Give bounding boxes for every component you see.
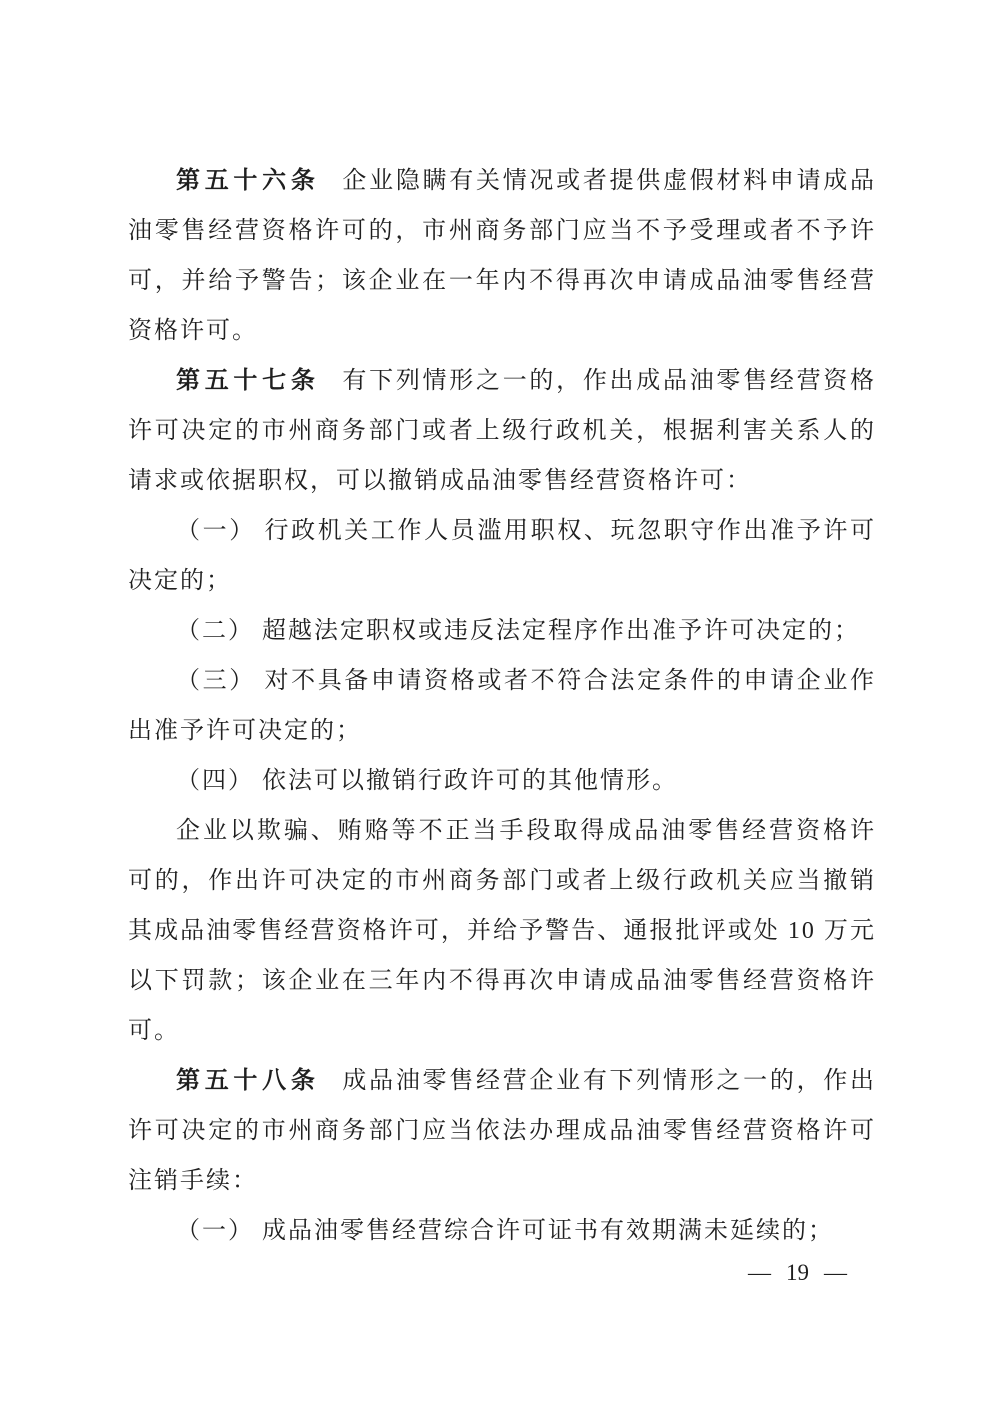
article-57-closing-text: 企业以欺骗、贿赂等不正当手段取得成品油零售经营资格许可的，作出许可决定的市州商务… xyxy=(128,818,876,1044)
article-57-item-4: （四） 依法可以撤销行政许可的其他情形。 xyxy=(128,756,876,806)
document-body: 第五十六条企业隐瞒有关情况或者提供虚假材料申请成品油零售经营资格许可的，市州商务… xyxy=(128,156,876,1256)
article-56-number: 第五十六条 xyxy=(176,167,320,194)
article-57-item-3: （三） 对不具备申请资格或者不符合法定条件的申请企业作出准予许可决定的； xyxy=(128,656,876,756)
article-57-item-2-text: （二） 超越法定职权或违反法定程序作出准予许可决定的； xyxy=(176,618,860,644)
article-57-number: 第五十七条 xyxy=(176,367,320,394)
article-56-paragraph: 第五十六条企业隐瞒有关情况或者提供虚假材料申请成品油零售经营资格许可的，市州商务… xyxy=(128,156,876,356)
article-58-item-1: （一） 成品油零售经营综合许可证书有效期满未延续的； xyxy=(128,1206,876,1256)
document-page: 第五十六条企业隐瞒有关情况或者提供虚假材料申请成品油零售经营资格许可的，市州商务… xyxy=(0,0,1000,1414)
page-number-value: 19 xyxy=(786,1260,809,1286)
article-57-item-1: （一） 行政机关工作人员滥用职权、玩忽职守作出准予许可决定的； xyxy=(128,506,876,606)
page-number-dash-left: — xyxy=(748,1260,771,1286)
article-57-item-3-text: （三） 对不具备申请资格或者不符合法定条件的申请企业作出准予许可决定的； xyxy=(128,668,876,744)
article-57-item-2: （二） 超越法定职权或违反法定程序作出准予许可决定的； xyxy=(128,606,876,656)
article-57-closing-paragraph: 企业以欺骗、贿赂等不正当手段取得成品油零售经营资格许可的，作出许可决定的市州商务… xyxy=(128,806,876,1056)
article-58-item-1-text: （一） 成品油零售经营综合许可证书有效期满未延续的； xyxy=(176,1218,834,1244)
page-number-dash-right: — xyxy=(824,1260,847,1286)
article-57-item-4-text: （四） 依法可以撤销行政许可的其他情形。 xyxy=(176,768,678,794)
article-56-text: 企业隐瞒有关情况或者提供虚假材料申请成品油零售经营资格许可的，市州商务部门应当不… xyxy=(128,168,876,344)
article-57-paragraph: 第五十七条有下列情形之一的，作出成品油零售经营资格许可决定的市州商务部门或者上级… xyxy=(128,356,876,506)
page-number: — 19 — xyxy=(748,1260,847,1286)
article-58-number: 第五十八条 xyxy=(176,1067,320,1094)
article-58-paragraph: 第五十八条成品油零售经营企业有下列情形之一的，作出许可决定的市州商务部门应当依法… xyxy=(128,1056,876,1206)
article-57-item-1-text: （一） 行政机关工作人员滥用职权、玩忽职守作出准予许可决定的； xyxy=(128,518,876,594)
